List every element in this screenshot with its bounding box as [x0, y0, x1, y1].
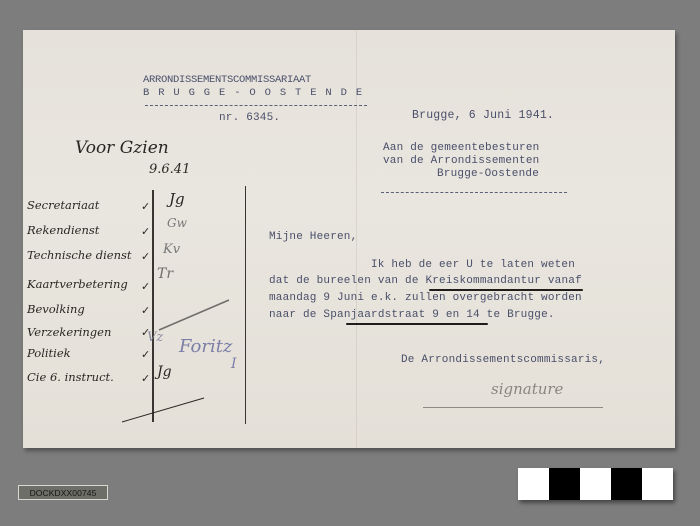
letterhead-divider — [145, 105, 367, 106]
body-line-1: Ik heb de eer U te laten weten — [371, 259, 575, 271]
recipient-line-1: Aan de gemeentebesturen — [383, 142, 539, 154]
initials: Kv — [163, 242, 180, 257]
letter-document: ARRONDISSEMENTSCOMMISSARIAAT B R U G G E… — [23, 30, 675, 448]
spanjaardstraat-underline — [346, 323, 488, 325]
body-line-4-start: naar de — [269, 309, 323, 321]
archive-id-label: DOCKDXX00745 — [18, 485, 108, 500]
scale-block-white — [518, 468, 549, 500]
recipient-line-2: van de Arrondissementen — [383, 155, 539, 167]
reference-number: nr. 6345. — [219, 112, 280, 124]
color-scale-bar — [518, 468, 673, 500]
routing-item: Bevolking — [27, 302, 85, 316]
routing-item: Politiek — [27, 346, 71, 360]
check-icon: ✓ — [141, 225, 150, 238]
routing-item: Technische dienst — [27, 248, 132, 262]
initials: Gw — [167, 216, 187, 230]
body-line-2-start: dat de bureelen van de — [269, 275, 425, 287]
body-line-4-end: te Brugge. — [480, 309, 555, 321]
body-line-3: maandag 9 Juni e.k. zullen overgebracht … — [269, 292, 582, 304]
kreiskommandantur-text: Kreiskommandantur — [425, 275, 541, 287]
routing-item: Secretariaat — [27, 198, 99, 212]
recipient-line-3: Brugge-Oostende — [437, 168, 539, 180]
place-date: Brugge, 6 Juni 1941. — [412, 109, 554, 122]
spanjaardstraat-text: Spanjaardstraat 9 en 14 — [323, 309, 479, 321]
routing-item: Rekendienst — [27, 223, 99, 237]
pencil-stroke — [119, 290, 259, 430]
body-line-2: dat de bureelen van de Kreiskommandantur… — [269, 275, 582, 287]
closing: De Arrondissementscommissaris, — [401, 354, 605, 366]
initials: Tr — [157, 266, 173, 282]
routing-item: Kaartverbetering — [27, 277, 128, 291]
scale-block-white — [580, 468, 611, 500]
check-icon: ✓ — [141, 200, 150, 213]
recipient-divider — [381, 192, 567, 193]
scale-block-black — [611, 468, 642, 500]
handwritten-date: 9.6.41 — [149, 162, 190, 177]
signature: signature — [491, 380, 563, 398]
scale-block-black — [549, 468, 580, 500]
initials: Jg — [169, 190, 185, 208]
handwritten-note: Voor Gzien — [75, 138, 169, 158]
body-line-4: naar de Spanjaardstraat 9 en 14 te Brugg… — [269, 309, 555, 321]
kreiskommandantur-underline — [429, 289, 583, 291]
letterhead-district: B R U G G E - O O S T E N D E — [143, 87, 363, 99]
routing-item: Cie 6. instruct. — [27, 370, 114, 384]
scale-block-white — [642, 468, 673, 500]
routing-item: Verzekeringen — [27, 325, 111, 339]
signature-line — [423, 407, 603, 408]
check-icon: ✓ — [141, 250, 150, 263]
body-line-2-end: vanaf — [541, 275, 582, 287]
salutation: Mijne Heeren, — [269, 231, 357, 243]
letterhead-office: ARRONDISSEMENTSCOMMISSARIAAT — [143, 74, 311, 86]
